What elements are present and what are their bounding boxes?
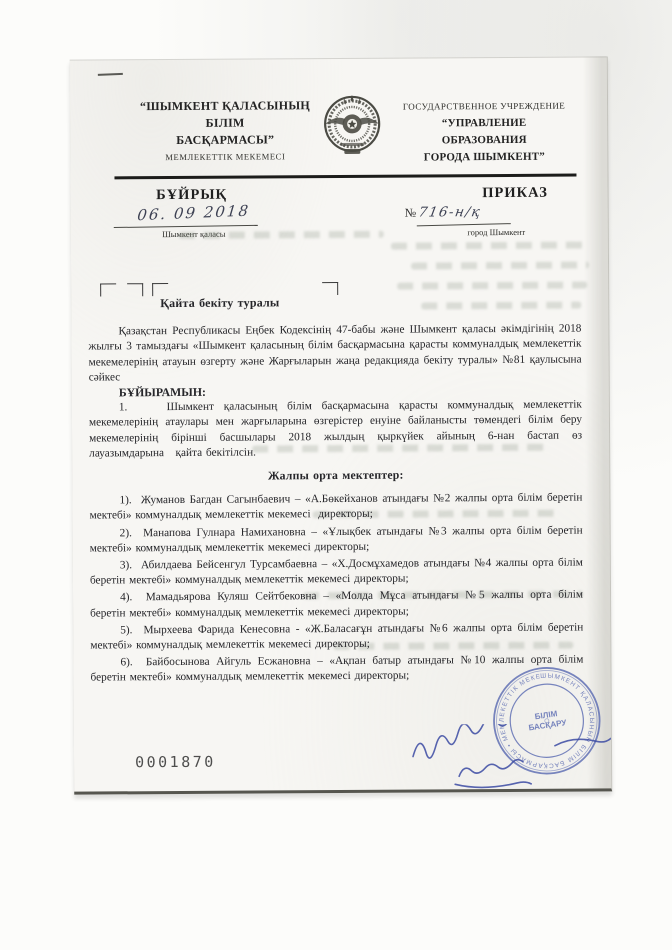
scanned-document: “ШЫМКЕНТ ҚАЛАСЫНЫҢ БІЛІМ БАСҚАРМАСЫ” МЕМ… [0, 0, 672, 950]
document-title: Қайта бекіту туралы [160, 294, 581, 312]
signature [407, 723, 612, 790]
org-ru-line2: “УПРАВЛЕНИЕ [378, 114, 590, 132]
handwritten-number: 716-н/қ [418, 204, 483, 220]
org-kk-line2: БІЛІМ [108, 114, 342, 132]
school-item: 3). Абилдаева Бейсенгул Турсамбаевна – «… [90, 556, 583, 589]
document-page: “ШЫМКЕНТ ҚАЛАСЫНЫҢ БІЛІМ БАСҚАРМАСЫ” МЕМ… [70, 56, 612, 794]
date-underline [114, 225, 258, 228]
city-label-russian: город Шымкент [429, 227, 564, 238]
school-item: 5). Мырхеева Фарида Кенесовна - «Ж.Балас… [90, 620, 583, 653]
pen-mark [98, 73, 123, 76]
bleed-through-text [391, 241, 591, 249]
org-name-kazakh: “ШЫМКЕНТ ҚАЛАСЫНЫҢ БІЛІМ БАСҚАРМАСЫ” МЕМ… [108, 97, 342, 166]
header-divider [114, 174, 576, 180]
kazakhstan-emblem-icon [320, 91, 384, 159]
serial-number: 0001870 [135, 753, 216, 771]
handwritten-date: 06. 09 2018 [128, 201, 260, 224]
school-list: 1). Жуманов Багдан Сагынбаевич – «А.Бөке… [89, 491, 583, 686]
org-ru-line3: ОБРАЗОВАНИЯ [378, 131, 590, 149]
org-ru-line1: ГОСУДАРСТВЕННОЕ УЧРЕЖДЕНИЕ [378, 97, 590, 115]
document-body: Қайта бекіту туралы Қазақстан Республика… [88, 294, 583, 689]
bleed-through-text [397, 281, 587, 289]
org-name-russian: ГОСУДАРСТВЕННОЕ УЧРЕЖДЕНИЕ “УПРАВЛЕНИЕ О… [378, 97, 590, 166]
org-kk-line1: “ШЫМКЕНТ ҚАЛАСЫНЫҢ [108, 97, 342, 115]
corner-mark [322, 282, 338, 295]
bleed-through-text [411, 261, 589, 269]
section-heading: Жалпы орта мектептер: [89, 467, 582, 485]
number-underline [417, 223, 511, 226]
number-sign: № [405, 206, 417, 220]
org-ru-line4: ГОРОДА ШЫМКЕНТ” [378, 148, 590, 166]
corner-mark [127, 283, 143, 296]
org-kk-line4: МЕМЛЕКЕТТІК МЕКЕМЕСІ [108, 148, 342, 166]
school-item: 1). Жуманов Багдан Сагынбаевич – «А.Бөке… [89, 491, 582, 524]
order-item-1: 1. Шымкент қаласының білім басқармасына … [89, 398, 582, 462]
intro-paragraph: Қазақстан Республикасы Еңбек Кодексінің … [88, 322, 581, 386]
school-item: 2). Манапова Гулнара Намихановна – «Ұлық… [90, 523, 583, 556]
org-kk-line3: БАСҚАРМАСЫ” [108, 131, 342, 149]
order-number: № 716-н/қ [405, 204, 482, 220]
corner-mark [100, 283, 116, 296]
bleed-through-text [179, 231, 384, 239]
order-word-russian: ПРИКАЗ [443, 184, 588, 202]
corner-mark [152, 283, 168, 296]
school-item: 4). Мамадьярова Куляш Сейтбековна – «Мол… [90, 588, 583, 621]
